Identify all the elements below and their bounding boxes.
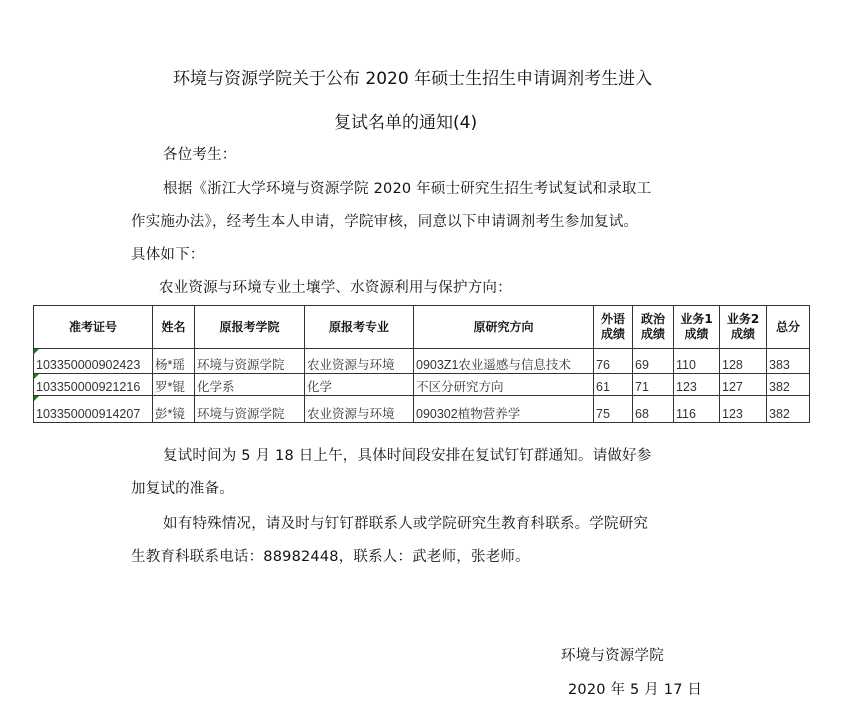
paragraph-1-line-1: 根据《浙江大学环境与资源学院 2020 年硕士研究生招生考试复试和录取工	[163, 177, 651, 198]
cell-subject2: 123	[720, 396, 767, 423]
cell-name: 彭*镜	[153, 396, 195, 423]
header-exam-id: 准考证号	[34, 306, 153, 349]
cell-foreign-lang: 61	[594, 374, 633, 396]
document-title-line1: 环境与资源学院关于公布 2020 年硕士生招生申请调剂考生进入	[173, 64, 652, 89]
cell-orig-major: 化学	[305, 374, 414, 396]
header-subject2: 业务2成绩	[720, 306, 767, 349]
header-name: 姓名	[153, 306, 195, 349]
cell-name: 杨*瑶	[153, 349, 195, 374]
cell-politics: 69	[633, 349, 674, 374]
header-orig-major: 原报考专业	[305, 306, 414, 349]
header-subject1: 业务1成绩	[674, 306, 720, 349]
paragraph-1-line-3: 具体如下：	[131, 243, 205, 264]
cell-marker-icon	[34, 374, 39, 379]
document-title-line2: 复试名单的通知(4)	[334, 108, 477, 133]
paragraph-2-line-1: 复试时间为 5 月 18 日上午，具体时间段安排在复试钉钉群通知。请做好参	[163, 444, 652, 465]
header-orig-direction: 原研究方向	[414, 306, 594, 349]
cell-subject2: 127	[720, 374, 767, 396]
cell-orig-school: 环境与资源学院	[195, 349, 305, 374]
table-row: 103350000902423 杨*瑶 环境与资源学院 农业资源与环境 0903…	[34, 349, 810, 374]
cell-foreign-lang: 75	[594, 396, 633, 423]
paragraph-1-line-2: 作实施办法》，经考生本人申请，学院审核，同意以下申请调剂考生参加复试。	[131, 210, 638, 231]
cell-orig-school: 环境与资源学院	[195, 396, 305, 423]
cell-orig-school: 化学系	[195, 374, 305, 396]
candidate-table: 准考证号 姓名 原报考学院 原报考专业 原研究方向 外语成绩 政治成绩 业务1成…	[33, 305, 810, 423]
cell-subject2: 128	[720, 349, 767, 374]
header-total: 总分	[767, 306, 810, 349]
cell-orig-major: 农业资源与环境	[305, 396, 414, 423]
cell-subject1: 123	[674, 374, 720, 396]
cell-foreign-lang: 76	[594, 349, 633, 374]
cell-politics: 68	[633, 396, 674, 423]
cell-name: 罗*锟	[153, 374, 195, 396]
cell-marker-icon	[34, 396, 39, 401]
cell-exam-id: 103350000914207	[34, 396, 153, 423]
header-orig-school: 原报考学院	[195, 306, 305, 349]
paragraph-2-line-2: 加复试的准备。	[131, 477, 234, 498]
section-heading: 农业资源与环境专业土壤学、水资源利用与保护方向：	[159, 276, 512, 297]
cell-orig-direction: 090302植物营养学	[414, 396, 594, 423]
cell-subject1: 110	[674, 349, 720, 374]
cell-orig-direction: 不区分研究方向	[414, 374, 594, 396]
header-foreign-lang: 外语成绩	[594, 306, 633, 349]
cell-total: 383	[767, 349, 810, 374]
cell-total: 382	[767, 396, 810, 423]
cell-orig-direction: 0903Z1农业遥感与信息技术	[414, 349, 594, 374]
signature-organization: 环境与资源学院	[561, 644, 664, 665]
paragraph-3-line-2: 生教育科联系电话：88982448，联系人：武老师，张老师。	[131, 545, 530, 566]
cell-marker-icon	[34, 349, 39, 354]
cell-exam-id: 103350000902423	[34, 349, 153, 374]
cell-orig-major: 农业资源与环境	[305, 349, 414, 374]
cell-exam-id: 103350000921216	[34, 374, 153, 396]
greeting: 各位考生：	[163, 143, 237, 164]
header-politics: 政治成绩	[633, 306, 674, 349]
cell-politics: 71	[633, 374, 674, 396]
signature-date: 2020 年 5 月 17 日	[568, 678, 702, 699]
cell-subject1: 116	[674, 396, 720, 423]
paragraph-3-line-1: 如有特殊情况，请及时与钉钉群联系人或学院研究生教育科联系。学院研究	[163, 512, 648, 533]
table-row: 103350000914207 彭*镜 环境与资源学院 农业资源与环境 0903…	[34, 396, 810, 423]
cell-total: 382	[767, 374, 810, 396]
table-header-row: 准考证号 姓名 原报考学院 原报考专业 原研究方向 外语成绩 政治成绩 业务1成…	[34, 306, 810, 349]
table-row: 103350000921216 罗*锟 化学系 化学 不区分研究方向 61 71…	[34, 374, 810, 396]
